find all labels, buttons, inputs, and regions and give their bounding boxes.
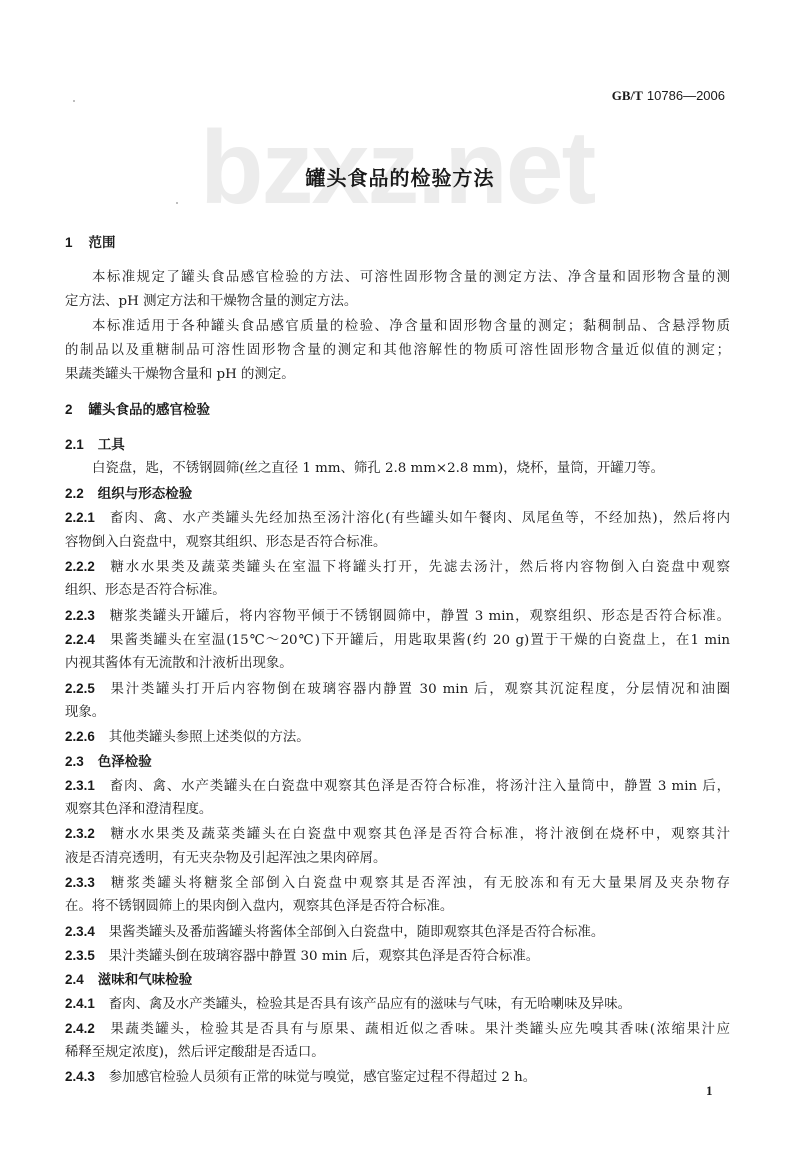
clause-2-3-5: 2.3.5果汁类罐头倒在玻璃容器中静置 30 min 后，观察其色泽是否符合标准… bbox=[65, 947, 730, 966]
clause-number: 2.2.6 bbox=[65, 729, 95, 744]
section-1-heading: 1范围 bbox=[65, 234, 730, 252]
clause-2-3-2: 2.3.2糖水水果类及蔬菜类罐头在白瓷盘中观察其色泽是否符合标准，将汁液倒在烧杯… bbox=[65, 825, 730, 844]
scan-speck bbox=[73, 100, 75, 102]
standard-code: GB/T 10786—2006 bbox=[612, 88, 725, 104]
section-2-2-heading: 2.2组织与形态检验 bbox=[65, 485, 730, 503]
clause-number: 2.3.4 bbox=[65, 924, 95, 939]
clause-text: 其他类罐头参照上述类似的方法。 bbox=[109, 730, 310, 745]
section-2-heading: 2罐头食品的感官检验 bbox=[65, 401, 730, 419]
clause-2-2-2: 2.2.2糖水水果类及蔬菜类罐头在室温下将罐头打开，先滤去汤汁，然后将内容物倒入… bbox=[65, 558, 730, 577]
section-number: 2.3 bbox=[65, 754, 84, 769]
clause-number: 2.4.3 bbox=[65, 1069, 95, 1084]
paragraph-line: 容物倒入白瓷盘中，观察其组织、形态是否符合标准。 bbox=[65, 534, 730, 552]
section-title: 工具 bbox=[98, 437, 125, 453]
paragraph-line: 定方法、pH 测定方法和干燥物含量的测定方法。 bbox=[65, 293, 730, 311]
paragraph-line: 本标准规定了罐头食品感官检验的方法、可溶性固形物含量的测定方法、净含量和固形物含… bbox=[92, 269, 730, 287]
section-number: 2.2 bbox=[65, 486, 84, 501]
clause-2-4-1: 2.4.1畜肉、禽及水产类罐头，检验其是否具有该产品应有的滋味与气味，有无哈喇味… bbox=[65, 995, 730, 1014]
clause-2-2-6: 2.2.6其他类罐头参照上述类似的方法。 bbox=[65, 728, 730, 747]
section-2-1-heading: 2.1工具 bbox=[65, 436, 730, 454]
section-title: 滋味和气味检验 bbox=[98, 972, 193, 988]
paragraph-line: 本标准适用于各种罐头食品感官质量的检验、净含量和固形物含量的测定；黏稠制品、含悬… bbox=[92, 318, 730, 336]
clause-number: 2.2.2 bbox=[65, 559, 95, 574]
clause-number: 2.2.1 bbox=[65, 510, 95, 525]
clause-text: 糖浆类罐头将糖浆全部倒入白瓷盘中观察其是否浑浊，有无胶冻和有无大量果屑及夹杂物存 bbox=[109, 876, 730, 891]
paragraph-line: 白瓷盘，匙，不锈钢圆筛(丝之直径 1 mm、筛孔 2.8 mm×2.8 mm)，… bbox=[92, 460, 757, 478]
clause-text: 糖水水果类及蔬菜类罐头在白瓷盘中观察其色泽是否符合标准，将汁液倒在烧杯中，观察其… bbox=[109, 827, 730, 842]
paragraph-line: 液是否清亮透明，有无夹杂物及引起浑浊之果肉碎屑。 bbox=[65, 850, 730, 868]
scan-speck bbox=[176, 202, 178, 204]
paragraph-line: 观察其色泽和澄清程度。 bbox=[65, 801, 730, 819]
clause-text: 果酱类罐头在室温(15℃～20℃)下开罐后，用匙取果酱(约 20 g)置于干燥的… bbox=[109, 633, 730, 648]
clause-2-4-2: 2.4.2果蔬类罐头，检验其是否具有与原果、蔬相近似之香味。果汁类罐头应先嗅其香… bbox=[65, 1020, 730, 1039]
section-title: 罐头食品的感官检验 bbox=[89, 402, 211, 418]
paragraph-line: 的制品以及重糖制品可溶性固形物含量的测定和其他溶解性的物质可溶性固形物含量近似值… bbox=[65, 342, 730, 360]
clause-text: 果汁类罐头打开后内容物倒在玻璃容器内静置 30 min 后，观察其沉淀程度，分层… bbox=[109, 682, 730, 697]
section-title: 组织与形态检验 bbox=[98, 486, 193, 502]
section-title: 色泽检验 bbox=[98, 754, 152, 770]
section-title: 范围 bbox=[89, 235, 116, 251]
clause-2-2-5: 2.2.5果汁类罐头打开后内容物倒在玻璃容器内静置 30 min 后，观察其沉淀… bbox=[65, 680, 730, 699]
clause-text: 果蔬类罐头，检验其是否具有与原果、蔬相近似之香味。果汁类罐头应先嗅其香味(浓缩果… bbox=[109, 1022, 730, 1037]
clause-text: 糖浆类罐头开罐后，将内容物平倾于不锈钢圆筛中，静置 3 min，观察组织、形态是… bbox=[109, 609, 730, 624]
clause-number: 2.2.3 bbox=[65, 608, 95, 623]
clause-number: 2.4.2 bbox=[65, 1021, 95, 1036]
paragraph-line: 内视其酱体有无流散和汁液析出现象。 bbox=[65, 655, 730, 673]
standard-prefix: GB/T bbox=[612, 88, 643, 103]
document-page: GB/T 10786—2006 bzxz.net 罐头食品的检验方法 1范围 本… bbox=[0, 0, 800, 1156]
section-number: 2.1 bbox=[65, 437, 84, 452]
clause-2-2-3: 2.2.3糖浆类罐头开罐后，将内容物平倾于不锈钢圆筛中，静置 3 min，观察组… bbox=[65, 607, 730, 626]
section-2-3-heading: 2.3色泽检验 bbox=[65, 753, 730, 771]
clause-text: 畜肉、禽及水产类罐头，检验其是否具有该产品应有的滋味与气味，有无哈喇味及异味。 bbox=[109, 997, 631, 1012]
clause-2-3-4: 2.3.4果酱类罐头及番茄酱罐头将酱体全部倒入白瓷盘中，随即观察其色泽是否符合标… bbox=[65, 923, 730, 942]
clause-number: 2.3.3 bbox=[65, 875, 95, 890]
document-title: 罐头食品的检验方法 bbox=[0, 162, 800, 191]
section-number: 1 bbox=[65, 235, 73, 250]
paragraph-line: 在。将不锈钢圆筛上的果肉倒入盘内，观察其色泽是否符合标准。 bbox=[65, 898, 730, 916]
clause-text: 果酱类罐头及番茄酱罐头将酱体全部倒入白瓷盘中，随即观察其色泽是否符合标准。 bbox=[109, 925, 604, 940]
paragraph-line: 稀释至规定浓度)，然后评定酸甜是否适口。 bbox=[65, 1044, 730, 1062]
paragraph-line: 果蔬类罐头干燥物含量和 pH 的测定。 bbox=[65, 366, 730, 384]
clause-text: 畜肉、禽、水产类罐头先经加热至汤汁溶化(有些罐头如午餐肉、凤尾鱼等，不经加热)，… bbox=[109, 511, 730, 526]
clause-text: 畜肉、禽、水产类罐头在白瓷盘中观察其色泽是否符合标准，将汤汁注入量筒中，静置 3… bbox=[109, 779, 730, 794]
clause-number: 2.2.5 bbox=[65, 681, 95, 696]
clause-number: 2.3.1 bbox=[65, 778, 95, 793]
clause-2-4-3: 2.4.3参加感官检验人员须有正常的味觉与嗅觉，感官鉴定过程不得超过 2 h。 bbox=[65, 1068, 730, 1087]
clause-text: 糖水水果类及蔬菜类罐头在室温下将罐头打开，先滤去汤汁，然后将内容物倒入白瓷盘中观… bbox=[109, 560, 730, 575]
clause-text: 果汁类罐头倒在玻璃容器中静置 30 min 后，观察其色泽是否符合标准。 bbox=[109, 949, 539, 964]
section-2-4-heading: 2.4滋味和气味检验 bbox=[65, 971, 730, 989]
clause-number: 2.3.2 bbox=[65, 826, 95, 841]
clause-number: 2.3.5 bbox=[65, 948, 95, 963]
clause-2-3-1: 2.3.1畜肉、禽、水产类罐头在白瓷盘中观察其色泽是否符合标准，将汤汁注入量筒中… bbox=[65, 777, 730, 796]
paragraph-line: 现象。 bbox=[65, 704, 730, 722]
clause-2-2-1: 2.2.1畜肉、禽、水产类罐头先经加热至汤汁溶化(有些罐头如午餐肉、凤尾鱼等，不… bbox=[65, 509, 730, 528]
clause-2-2-4: 2.2.4果酱类罐头在室温(15℃～20℃)下开罐后，用匙取果酱(约 20 g)… bbox=[65, 631, 730, 650]
clause-number: 2.4.1 bbox=[65, 996, 95, 1011]
paragraph-line: 组织、形态是否符合标准。 bbox=[65, 582, 730, 600]
clause-2-3-3: 2.3.3糖浆类罐头将糖浆全部倒入白瓷盘中观察其是否浑浊，有无胶冻和有无大量果屑… bbox=[65, 874, 730, 893]
section-number: 2.4 bbox=[65, 972, 84, 987]
section-number: 2 bbox=[65, 402, 73, 417]
clause-text: 参加感官检验人员须有正常的味觉与嗅觉，感官鉴定过程不得超过 2 h。 bbox=[109, 1070, 536, 1085]
clause-number: 2.2.4 bbox=[65, 632, 95, 647]
standard-number: 10786—2006 bbox=[647, 88, 725, 103]
